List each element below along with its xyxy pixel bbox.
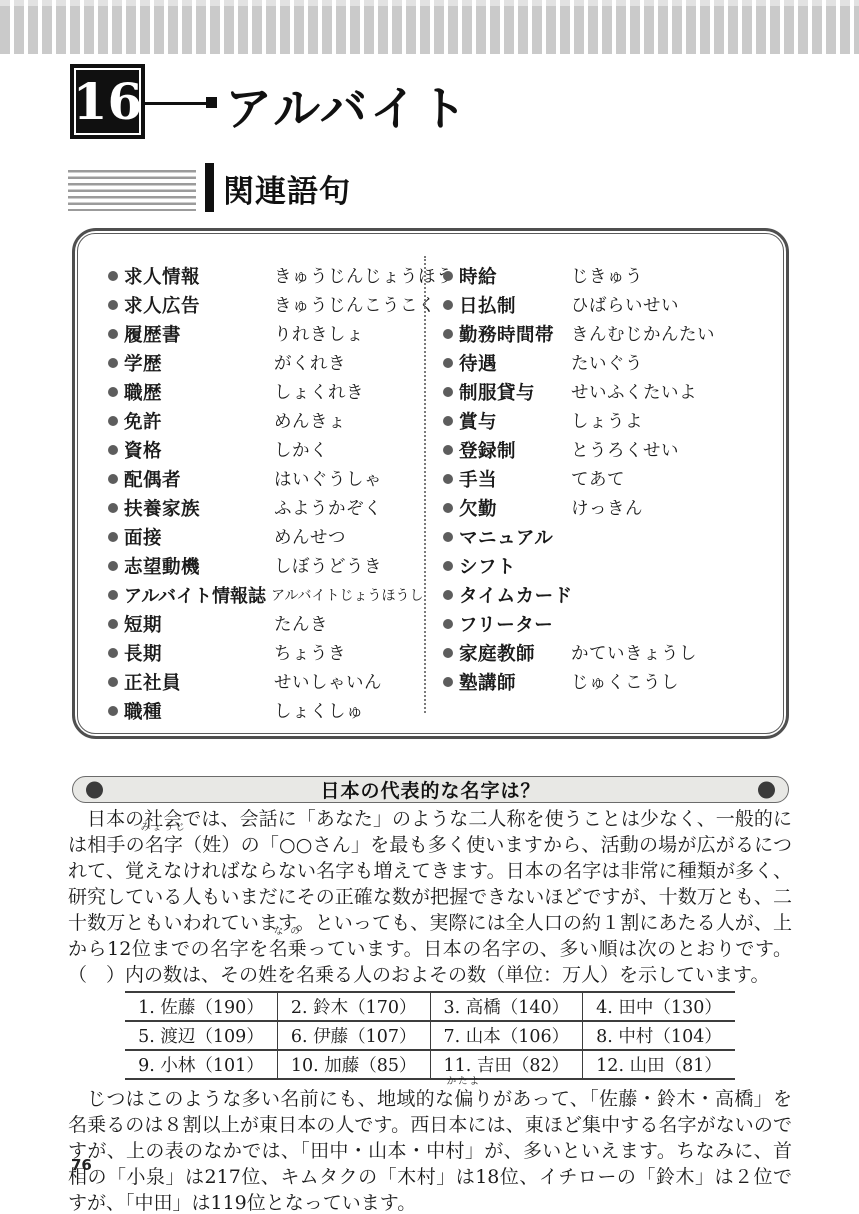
vocab-item: 求人広告きゅうじんこうこく [108,290,424,319]
vocab-term: 登録制 [459,437,571,463]
vocab-term: 職種 [124,698,274,724]
top-decoration-band [0,0,859,54]
vocab-reading: アルバイトじょうほうし [271,585,423,605]
vocab-item: 短期たんき [108,609,424,638]
table-cell: 10. 加藤（85） [277,1050,430,1079]
vocab-term: 正社員 [124,669,274,695]
page-number: 76 [71,1156,92,1174]
bullet-icon [108,445,118,455]
vocab-item: タイムカード [443,580,783,609]
vocab-reading: しかく [274,437,328,462]
bullet-icon [108,387,118,397]
bullet-icon [443,329,453,339]
table-cell: 4. 田中（130） [583,992,735,1021]
vocab-item: 免許めんきょ [108,406,424,435]
bullet-icon [443,300,453,310]
table-row: 5. 渡辺（109）6. 伊藤（107）7. 山本（106）8. 中村（104） [125,1021,735,1050]
bullet-icon [108,619,118,629]
bullet-icon [443,271,453,281]
vocab-term: 求人広告 [124,292,274,318]
vocab-term: 短期 [124,611,274,637]
vocab-item: アルバイト情報誌アルバイトじょうほうし [108,580,424,609]
table-cell: 2. 鈴木（170） [277,992,430,1021]
bullet-icon [443,503,453,513]
vocab-reading: きんむじかんたい [571,321,715,346]
vocab-item: 配偶者はいぐうしゃ [108,464,424,493]
bullet-icon [108,561,118,571]
vocab-reading: かていきょうし [571,640,697,665]
bullet-icon [108,416,118,426]
vocab-term: 学歴 [124,350,274,376]
bullet-icon [108,358,118,368]
vocab-column-right: 時給じきゅう日払制ひばらいせい勤務時間帯きんむじかんたい待遇たいぐう制服貸与せい… [424,261,783,733]
vocab-item: マニュアル [443,522,783,551]
vocab-term: 賞与 [459,408,571,434]
vocab-term: 制服貸与 [459,379,571,405]
bullet-icon [443,445,453,455]
bullet-icon [108,474,118,484]
table-cell: 12. 山田（81） [583,1050,735,1079]
vocab-term: 家庭教師 [459,640,571,666]
vocab-reading: がくれき [274,350,346,375]
pill-dot-left [86,781,103,798]
vocab-term: 面接 [124,524,274,550]
vocab-term: タイムカード [459,582,573,608]
vocab-reading: しょくれき [274,379,364,404]
vocab-item: 面接めんせつ [108,522,424,551]
vocab-term: 長期 [124,640,274,666]
bullet-icon [443,474,453,484]
vocab-item: 賞与しょうよ [443,406,783,435]
article-heading-pill: 日本の代表的な名字は？ [72,776,789,803]
bullet-icon [108,648,118,658]
vocab-reading: せいしゃいん [274,669,382,694]
vocab-item: 求人情報きゅうじんじょうほう [108,261,424,290]
vocab-reading: じゅくこうし [571,669,679,694]
vocab-item: 履歴書りれきしょ [108,319,424,348]
vocabulary-box: 求人情報きゅうじんじょうほう求人広告きゅうじんこうこく履歴書りれきしょ学歴がくれ… [72,228,789,739]
vocab-reading: めんせつ [274,524,346,549]
vocab-term: 勤務時間帯 [459,321,571,347]
vocab-reading: しぼうどうき [274,553,382,578]
vocab-term: マニュアル [459,524,571,550]
table-cell: 7. 山本（106） [430,1021,583,1050]
table-cell: 5. 渡辺（109） [125,1021,277,1050]
bullet-icon [443,648,453,658]
column-divider [424,256,426,713]
table-cell: 8. 中村（104） [583,1021,735,1050]
pill-dot-right [758,781,775,798]
vocab-item: シフト [443,551,783,580]
vocab-item: 手当てあて [443,464,783,493]
vocab-item: 職種しょくしゅ [108,696,424,725]
table-row: 1. 佐藤（190）2. 鈴木（170）3. 高橋（140）4. 田中（130） [125,992,735,1021]
vocab-term: フリーター [459,611,571,637]
connector-line [145,102,208,105]
section-title: 関連語句 [223,166,351,211]
vocab-item: 時給じきゅう [443,261,783,290]
bullet-icon [443,677,453,687]
vocab-term: 塾講師 [459,669,571,695]
vocab-reading: たいぐう [571,350,643,375]
vocab-term: 職歴 [124,379,274,405]
bullet-icon [108,532,118,542]
vocab-item: 制服貸与せいふくたいよ [443,377,783,406]
vocab-reading: ひばらいせい [571,292,679,317]
section-bar-decoration [205,163,214,212]
vocab-term: アルバイト情報誌 [124,582,266,608]
vocab-item: 日払制ひばらいせい [443,290,783,319]
bullet-icon [443,358,453,368]
vocab-term: 資格 [124,437,274,463]
article-heading: 日本の代表的な名字は？ [320,776,540,803]
vocab-reading: とうろくせい [571,437,679,462]
vocab-column-left: 求人情報きゅうじんじょうほう求人広告きゅうじんこうこく履歴書りれきしょ学歴がくれ… [78,261,424,733]
bullet-icon [108,271,118,281]
bullet-icon [443,619,453,629]
chapter-number: 16 [73,77,143,127]
bullet-icon [443,387,453,397]
vocab-item: 待遇たいぐう [443,348,783,377]
vocab-item: 職歴しょくれき [108,377,424,406]
vocab-term: 配偶者 [124,466,274,492]
bullet-icon [108,300,118,310]
vocab-reading: じきゅう [571,263,643,288]
vocab-item: 塾講師じゅくこうし [443,667,783,696]
vocab-reading: しょくしゅ [274,698,364,723]
vocab-reading: りれきしょ [274,321,364,346]
vocab-reading: たんき [274,611,328,636]
bullet-icon [108,503,118,513]
vocab-reading: ちょうき [274,640,346,665]
vocab-reading: めんきょ [274,408,346,433]
chapter-number-box: 16 [70,64,145,139]
vocab-term: 欠勤 [459,495,571,521]
vocab-item: 志望動機しぼうどうき [108,551,424,580]
vocab-term: 日払制 [459,292,571,318]
ruby-annotated-word: な の名乗 [269,936,307,962]
vocab-item: 正社員せいしゃいん [108,667,424,696]
vocab-reading: しょうよ [571,408,643,433]
article-paragraph: じつはこのような多い名前にも、地域的なかたよ偏りがあって、「佐藤・鈴木・高橋」を… [68,1086,792,1214]
connector-bullet [206,97,217,108]
table-cell: 3. 高橋（140） [430,992,583,1021]
vocab-term: 手当 [459,466,571,492]
bullet-icon [108,706,118,716]
vocab-reading: けっきん [571,495,643,520]
vocab-item: 資格しかく [108,435,424,464]
bullet-icon [443,590,453,600]
textbook-page: 16 アルバイト 関連語句 求人情報きゅうじんじょうほう求人広告きゅうじんこうこ… [0,0,859,1214]
vocabulary-box-inner: 求人情報きゅうじんじょうほう求人広告きゅうじんこうこく履歴書りれきしょ学歴がくれ… [77,233,784,734]
bullet-icon [108,590,118,600]
table-cell: 9. 小林（101） [125,1050,277,1079]
ruby-annotated-word: かたよ偏 [454,1086,473,1112]
bullet-icon [108,329,118,339]
ruby-annotated-word: みょうじ名字 [145,832,183,858]
surname-ranking-table: 1. 佐藤（190）2. 鈴木（170）3. 高橋（140）4. 田中（130）… [125,991,735,1080]
table-cell: 6. 伊藤（107） [277,1021,430,1050]
article-paragraph: 日本の社会では、会話に「あなた」のような二人称を使うことは少なく、一般的には相手… [68,806,792,988]
vocab-term: 待遇 [459,350,571,376]
vocab-item: 家庭教師かていきょうし [443,638,783,667]
vocab-term: 求人情報 [124,263,274,289]
vocab-reading: きゅうじんこうこく [274,292,436,317]
bullet-icon [108,677,118,687]
vocab-term: 時給 [459,263,571,289]
bullet-icon [443,532,453,542]
bullet-icon [443,561,453,571]
vocab-term: 志望動機 [124,553,274,579]
vocab-item: 欠勤けっきん [443,493,783,522]
vocab-reading: せいふくたいよ [571,379,697,404]
article-body: 日本の社会では、会話に「あなた」のような二人称を使うことは少なく、一般的には相手… [68,806,792,1214]
bullet-icon [443,416,453,426]
table-cell: 11. 吉田（82） [430,1050,583,1079]
vocab-reading: はいぐうしゃ [274,466,382,491]
vocab-term: 履歴書 [124,321,274,347]
vocab-reading: ふようかぞく [274,495,382,520]
vocab-term: 免許 [124,408,274,434]
vocab-term: 扶養家族 [124,495,274,521]
vocab-item: 登録制とうろくせい [443,435,783,464]
table-cell: 1. 佐藤（190） [125,992,277,1021]
vocab-item: 扶養家族ふようかぞく [108,493,424,522]
vocab-item: フリーター [443,609,783,638]
chapter-title: アルバイト [225,72,470,139]
vocab-item: 長期ちょうき [108,638,424,667]
vocab-reading: てあて [571,466,625,491]
section-stripes-decoration [68,170,196,211]
vocab-item: 勤務時間帯きんむじかんたい [443,319,783,348]
table-row: 9. 小林（101）10. 加藤（85）11. 吉田（82）12. 山田（81） [125,1050,735,1079]
vocab-term: シフト [459,553,571,579]
vocab-item: 学歴がくれき [108,348,424,377]
